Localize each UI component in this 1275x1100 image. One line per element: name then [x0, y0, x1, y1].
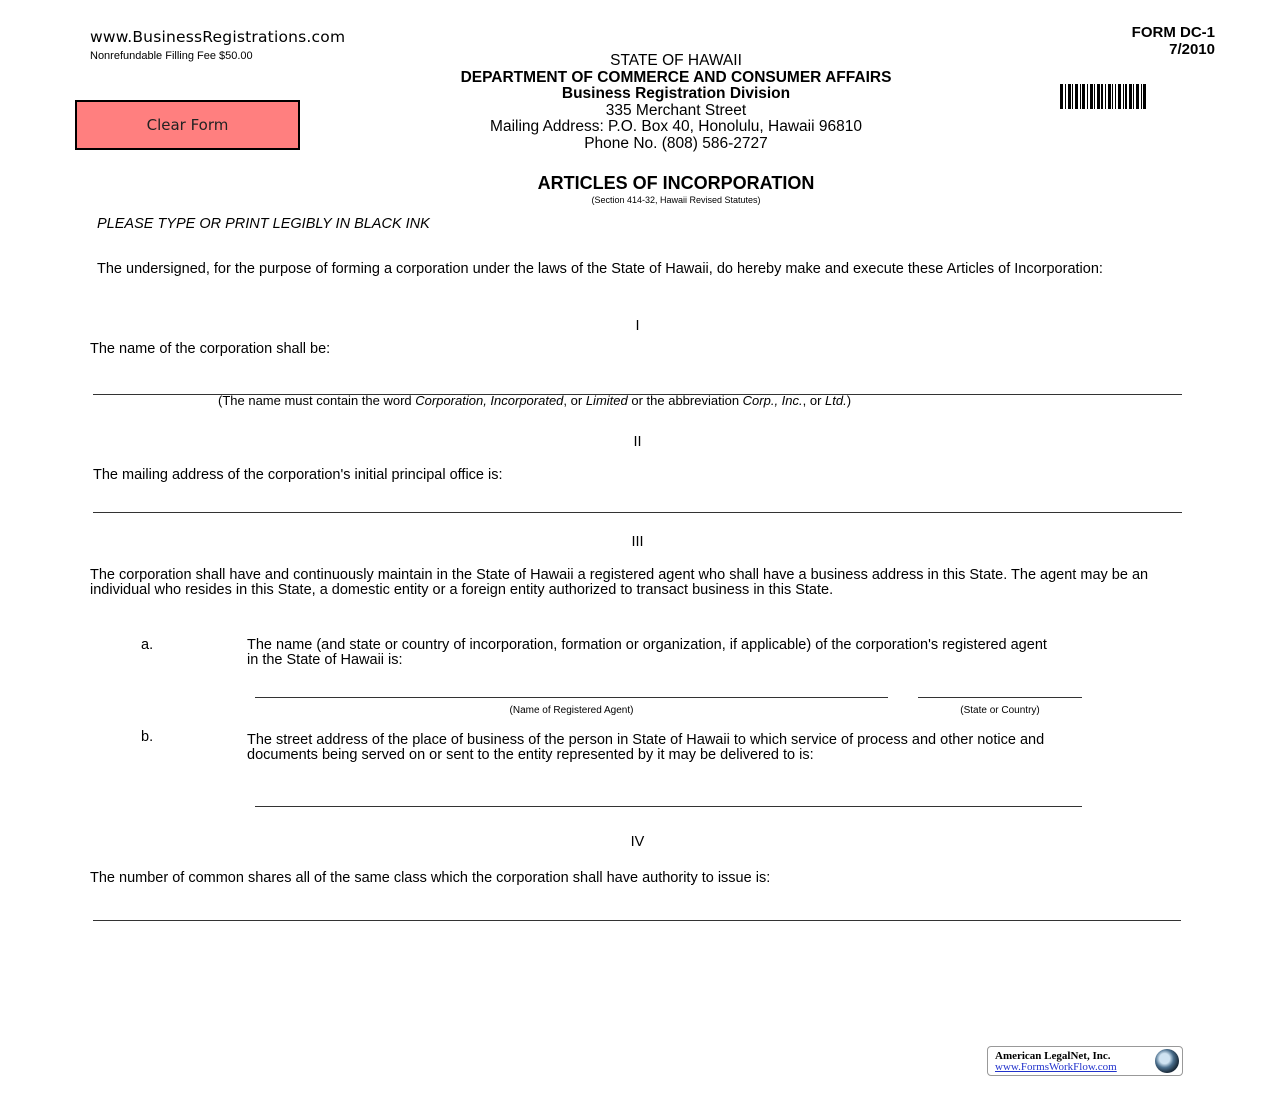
street-address: 335 Merchant Street	[360, 103, 992, 120]
article-3-numeral: III	[0, 534, 1275, 550]
article-2-numeral: II	[0, 434, 1275, 450]
registered-agent-name-line	[255, 697, 888, 698]
badge-link[interactable]: www.FormsWorkFlow.com	[995, 1061, 1117, 1073]
registered-agent-state-line	[918, 697, 1082, 698]
authorized-shares-input[interactable]	[93, 900, 1185, 922]
fee-note: Nonrefundable Filling Fee $50.00	[90, 50, 253, 62]
note-text: )	[847, 393, 851, 408]
article-1-text: The name of the corporation shall be:	[90, 342, 330, 357]
note-italic: Ltd.	[825, 393, 847, 408]
note-italic: Limited	[586, 393, 628, 408]
article-2-text: The mailing address of the corporation's…	[93, 468, 503, 483]
site-url: www.BusinessRegistrations.com	[90, 28, 345, 46]
department-name: DEPARTMENT OF COMMERCE AND CONSUMER AFFA…	[360, 70, 992, 87]
authorized-shares-line	[93, 920, 1181, 921]
state-name: STATE OF HAWAII	[360, 53, 992, 70]
note-text: or the abbreviation	[628, 393, 743, 408]
article-3-text: The corporation shall have and continuou…	[90, 568, 1150, 598]
note-text: , or	[803, 393, 825, 408]
note-italic: Corporation, Incorporated	[415, 393, 563, 408]
barcode-icon	[1060, 84, 1216, 109]
principal-office-address-input[interactable]	[93, 492, 1185, 514]
service-address-input[interactable]	[255, 786, 1086, 808]
note-italic: Corp., Inc.	[743, 393, 803, 408]
document-subtitle: (Section 414-32, Hawaii Revised Statutes…	[0, 195, 1275, 205]
note-text: (The name must contain the word	[218, 393, 415, 408]
american-legalnet-badge[interactable]: American LegalNet, Inc. www.FormsWorkFlo…	[987, 1046, 1183, 1076]
agency-header: STATE OF HAWAII DEPARTMENT OF COMMERCE A…	[360, 53, 992, 152]
item-b-text: The street address of the place of busin…	[247, 733, 1047, 763]
form-revision: 7/2010	[1132, 41, 1215, 58]
form-code: FORM DC-1	[1132, 24, 1215, 41]
note-text: , or	[563, 393, 585, 408]
article-1-note: (The name must contain the word Corporat…	[218, 393, 851, 408]
form-identifier: FORM DC-1 7/2010	[1132, 24, 1215, 58]
article-1-numeral: I	[0, 318, 1275, 334]
item-a-marker: a.	[141, 638, 153, 653]
mailing-address: Mailing Address: P.O. Box 40, Honolulu, …	[360, 119, 992, 136]
article-4-numeral: IV	[0, 834, 1275, 850]
clear-form-button[interactable]: Clear Form	[75, 100, 300, 150]
division-name: Business Registration Division	[360, 86, 992, 103]
globe-logo-icon	[1155, 1049, 1179, 1073]
article-4-text: The number of common shares all of the s…	[90, 871, 770, 886]
agent-name-label: (Name of Registered Agent)	[255, 705, 888, 716]
document-title: ARTICLES OF INCORPORATION	[0, 173, 1275, 194]
intro-paragraph: The undersigned, for the purpose of form…	[97, 262, 1207, 277]
agent-state-label: (State or Country)	[918, 705, 1082, 716]
phone-number: Phone No. (808) 586-2727	[360, 136, 992, 153]
item-b-marker: b.	[141, 730, 153, 745]
service-address-line	[255, 806, 1082, 807]
instruction-text: PLEASE TYPE OR PRINT LEGIBLY IN BLACK IN…	[97, 216, 430, 232]
principal-office-line	[93, 512, 1182, 513]
item-a-text: The name (and state or country of incorp…	[247, 638, 1047, 668]
